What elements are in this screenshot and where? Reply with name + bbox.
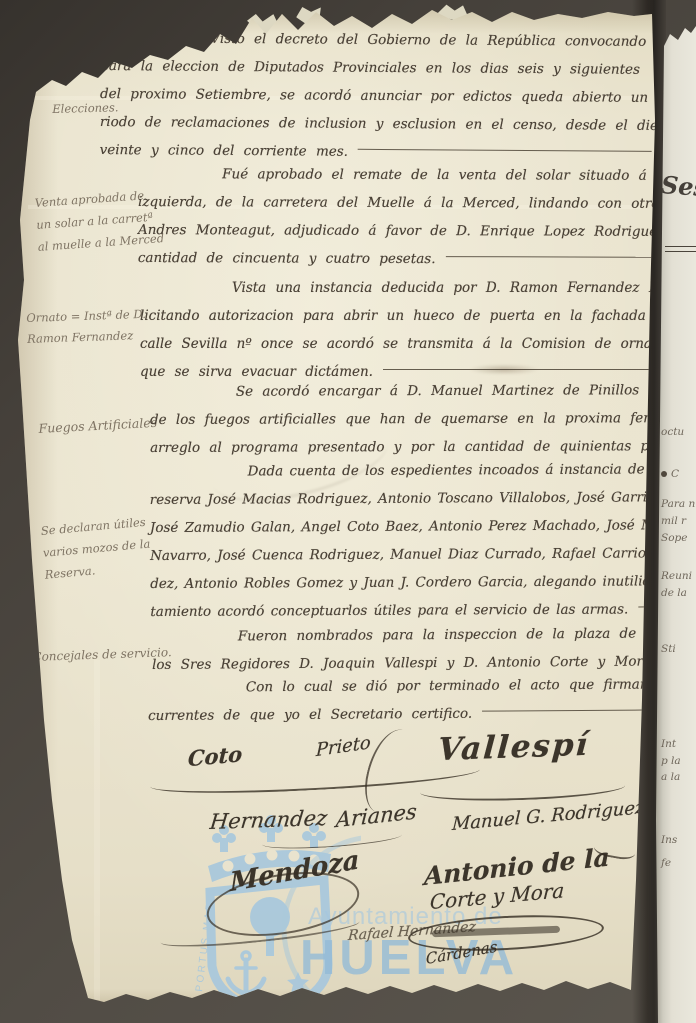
- next-page-double-rule: [665, 246, 696, 252]
- margin-note-ornato: Ornato = Instª de D. Ramon Fernandez: [26, 304, 147, 350]
- paragraph-mozos-reserva: Dada cuenta de los espedientes incoados …: [150, 461, 653, 632]
- next-page-fragment: mil r: [661, 515, 686, 527]
- next-page-fragment: a la: [661, 771, 680, 783]
- closing-rule: [446, 256, 652, 258]
- next-page-heading-fragment: Sesi: [660, 170, 696, 203]
- signature: Prieto: [316, 732, 371, 761]
- ink-dot: [661, 471, 667, 477]
- margin-note-fuegos: Fuegos Artificiales: [38, 412, 158, 440]
- anchor-icon: [228, 952, 264, 994]
- signature: Manuel G. Rodriguez: [451, 797, 645, 835]
- paragraph-venta-solar: Fué aprobado el remate de la venta del s…: [138, 166, 652, 280]
- next-page-fragment: de la: [661, 587, 687, 599]
- document-scan: Sesi octu C Para n mil r Sope Reuni de l…: [0, 0, 696, 1023]
- next-page-fragment: Reuni: [661, 570, 692, 582]
- closing-rule: [482, 709, 652, 711]
- signature: Vallespí: [437, 727, 591, 768]
- paper-fold-line: [94, 660, 100, 1000]
- closing-rule: [383, 369, 652, 370]
- margin-note-mozos-reserva: Se declaran útiles varios mozos de la Re…: [40, 511, 153, 586]
- next-page-fragment: Sti: [661, 643, 676, 655]
- next-page-fragment: p la: [661, 755, 681, 767]
- next-page-fragment: fe: [661, 857, 671, 869]
- next-page-fragment: octu: [661, 426, 684, 438]
- paragraph-instancia-ornato: Vista una instancia deducida por D. Ramo…: [140, 280, 652, 392]
- next-page-fragment: Ins: [661, 834, 677, 846]
- manuscript-page: PORTUS MARIS Ayuntamiento de HUELVA Elec…: [0, 0, 696, 1023]
- paragraph-fuegos-artificiales: Se acordó encargar á D. Manuel Martinez …: [150, 382, 652, 468]
- closing-rule: [358, 149, 652, 152]
- next-page-fragment: Sope: [661, 532, 687, 544]
- signature: Hernandez: [209, 806, 329, 834]
- paragraph-elecciones: Visto el decreto del Gobierno de la Repú…: [100, 30, 653, 174]
- next-page-fragment: C: [661, 468, 679, 480]
- signature-flourish: [420, 774, 626, 803]
- next-page-fragment: Para n: [661, 498, 695, 510]
- next-page-fragment: Int: [661, 738, 676, 750]
- signature: Coto: [187, 741, 243, 771]
